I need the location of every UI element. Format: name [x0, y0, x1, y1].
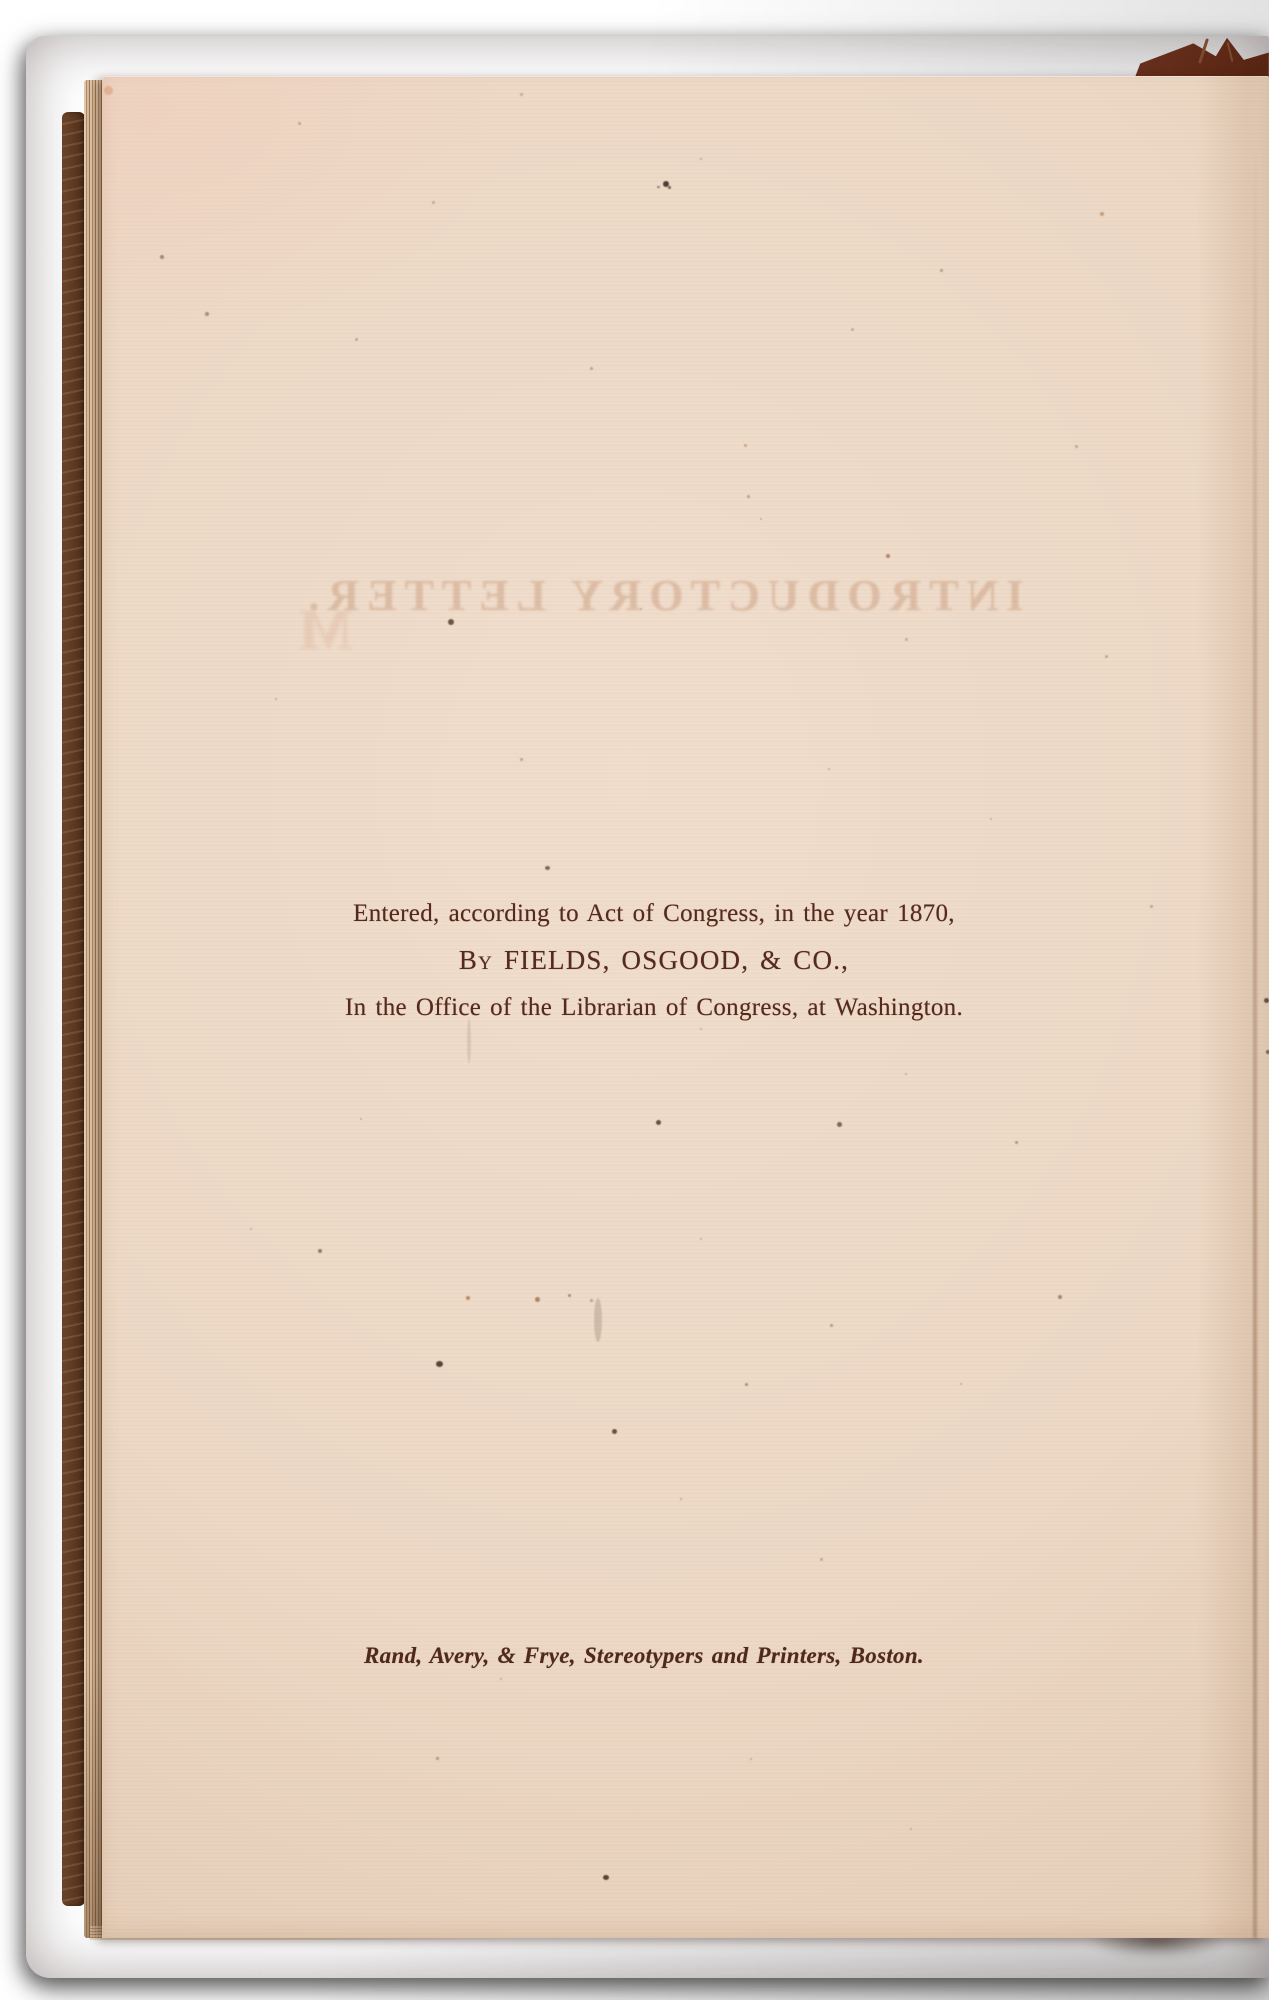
foxing-speck — [960, 1383, 962, 1385]
foxing-speck — [990, 818, 992, 820]
gutter-shading — [1197, 76, 1269, 1938]
foxing-speck — [747, 495, 750, 498]
foxing-speck — [940, 269, 943, 272]
foxing-speck — [1058, 1295, 1062, 1299]
foxing-speck — [466, 1296, 470, 1300]
foxing-speck — [886, 554, 890, 558]
foxing-speck — [500, 1678, 502, 1680]
foxing-speck — [700, 1238, 702, 1240]
foxing-speck — [680, 1498, 682, 1500]
copyright-line-2: By FIELDS, OSGOOD, & CO., — [345, 937, 963, 984]
foxing-speck — [910, 1828, 912, 1830]
gutter-crease — [1253, 76, 1257, 1938]
copyright-line-3: In the Office of the Librarian of Congre… — [345, 984, 963, 1031]
foxing-speck — [828, 768, 830, 770]
copyright-notice: Entered, according to Act of Congress, i… — [345, 890, 963, 1031]
foxing-speck — [700, 158, 702, 160]
foxing-speck — [700, 1028, 702, 1030]
foxing-speck — [657, 186, 660, 188]
foxing-speck — [275, 698, 277, 700]
foxing-speck — [590, 1299, 593, 1302]
foxing-speck — [436, 1757, 439, 1760]
foxing-speck — [668, 186, 671, 189]
foxing-speck — [568, 1294, 571, 1297]
foxing-speck — [318, 1249, 322, 1253]
foxing-speck — [1075, 445, 1078, 448]
ghost-showthrough-dropcap: M — [298, 596, 353, 663]
foxing-speck — [820, 1558, 823, 1561]
spine-leather-strip — [62, 112, 85, 1906]
foxing-speck — [1105, 655, 1108, 658]
foxing-speck — [432, 201, 435, 204]
scanned-book-photo: { "document_kind": "scanned book copyrig… — [0, 0, 1269, 2000]
foxing-speck — [745, 1383, 748, 1386]
foxing-speck — [1150, 905, 1153, 908]
printer-imprint: Rand, Avery, & Frye, Stereotypers and Pr… — [364, 1643, 924, 1669]
foxing-speck — [612, 1429, 617, 1434]
foxing-speck — [603, 1875, 609, 1880]
foxing-speck — [250, 1228, 252, 1230]
foxing-speck — [760, 518, 762, 520]
foxing-speck — [640, 608, 642, 610]
foxing-speck — [355, 338, 358, 341]
foxing-speck — [1015, 1141, 1018, 1144]
foxing-speck — [905, 638, 908, 641]
foxing-speck — [837, 1122, 842, 1127]
page-edge-stack — [84, 80, 104, 1938]
foxing-speck — [830, 1324, 833, 1327]
foxing-speck — [535, 1297, 540, 1302]
foxing-speck — [160, 255, 164, 259]
foxing-speck — [1100, 212, 1104, 216]
foxing-speck — [750, 1758, 752, 1760]
copyright-line-1: Entered, according to Act of Congress, i… — [345, 890, 963, 937]
ghost-showthrough-title: INTRODUCTORY LETTER. — [300, 570, 1023, 621]
foxing-speck — [545, 866, 550, 870]
foxing-speck — [590, 367, 593, 370]
foxing-speck — [436, 1361, 443, 1367]
foxing-speck — [448, 619, 454, 625]
foxing-speck — [520, 93, 523, 96]
foxing-speck — [520, 758, 523, 761]
foxing-speck — [656, 1120, 661, 1125]
foxing-speck — [905, 1073, 907, 1075]
foxing-speck — [298, 122, 301, 125]
foxing-speck — [360, 1118, 362, 1120]
foxing-speck — [205, 312, 209, 316]
foxing-speck — [851, 328, 854, 331]
foxing-speck — [467, 1018, 471, 1064]
foxing-speck — [104, 86, 113, 95]
foxing-speck — [744, 444, 747, 447]
foxing-speck — [594, 1298, 602, 1342]
foxing-speck — [1264, 998, 1269, 1003]
